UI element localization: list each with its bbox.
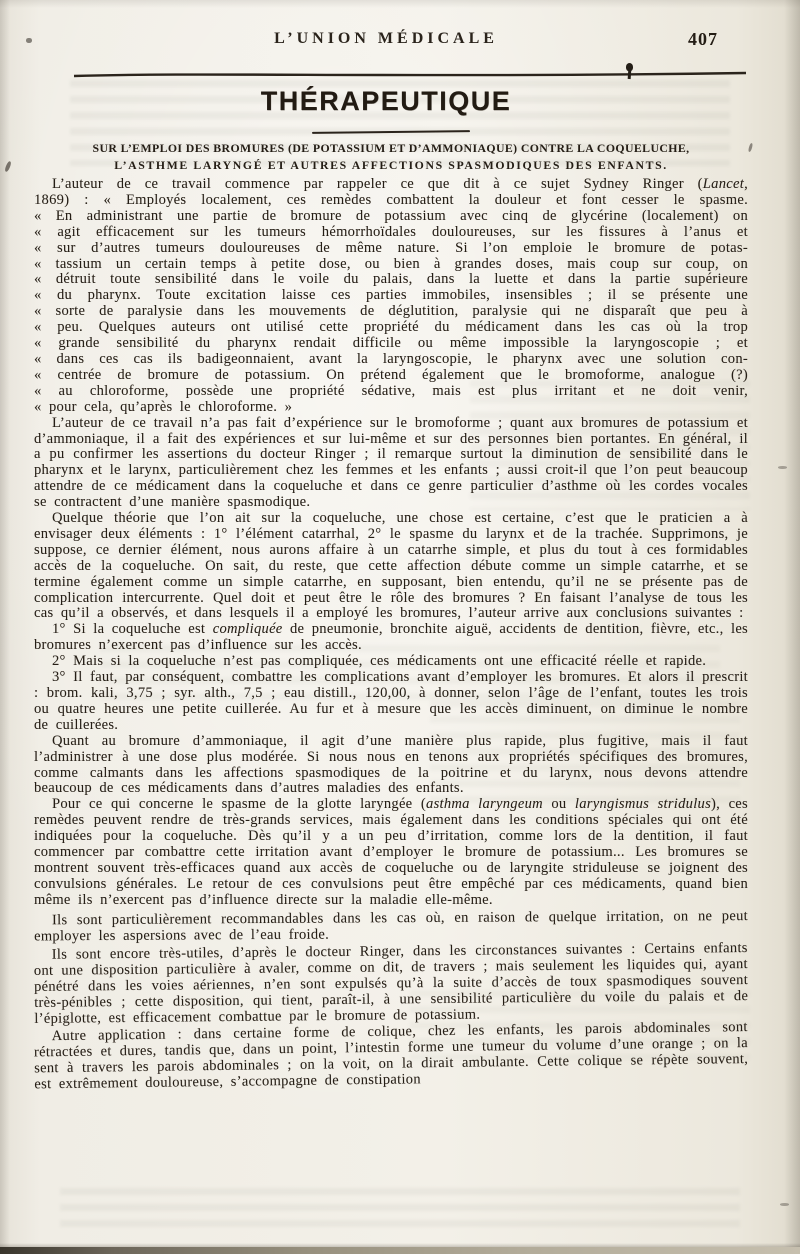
scan-edge-left xyxy=(0,0,10,1254)
italic-text: asthma laryngeum xyxy=(426,796,543,812)
quote-line: « pour cela, qu’après le chloroforme. » xyxy=(34,400,748,416)
page-number: 407 xyxy=(688,29,718,50)
quote-line: « du pharynx. Toute excitation laisse ce… xyxy=(34,288,748,304)
text-run: ), ces remèdes peuvent rendre de très-gr… xyxy=(34,796,748,907)
paragraph: L’auteur de ce travail n’a pas fait d’ex… xyxy=(34,416,748,511)
quote-line: « sorte de paralysie dans les mouvements… xyxy=(34,304,748,320)
quote-line: « grande sensibilité du pharynx rendait … xyxy=(34,336,748,352)
text-run: « au chloroforme, possède une propriété … xyxy=(34,383,748,399)
italic-text: compliquée xyxy=(213,621,283,637)
text-run: « dans ces cas ils badigeonnaient, avant… xyxy=(34,351,748,367)
text-run: Pour ce qui concerne le spasme de la glo… xyxy=(52,796,426,812)
text-run: « tassium un certain temps à petite dose… xyxy=(34,256,748,272)
scanned-journal-page: L’UNION MÉDICALE 407 THÉRAPEUTIQUE SUR L… xyxy=(0,0,800,1254)
paragraph: 2° Mais si la coqueluche n’est pas compl… xyxy=(34,654,748,670)
section-title: THÉRAPEUTIQUE xyxy=(0,86,772,117)
journal-title: L’UNION MÉDICALE xyxy=(0,30,772,48)
text-run: Ils sont encore très-utiles, d’après le … xyxy=(34,940,748,1026)
quote-line: « au chloroforme, possède une propriété … xyxy=(34,384,748,400)
text-run: « sur d’autres tumeurs douloureuses de m… xyxy=(34,240,748,256)
quote-line: « En administrant une partie de bromure … xyxy=(34,209,748,225)
paragraph: Quant au bromure d’ammoniaque, il agit d… xyxy=(34,734,748,798)
paragraph: Ils sont encore très-utiles, d’après le … xyxy=(34,941,749,1027)
text-run: , xyxy=(744,176,748,192)
ink-speck xyxy=(748,143,753,152)
text-run: L’auteur de ce travail n’a pas fait d’ex… xyxy=(34,415,748,511)
quote-line: « agit efficacement sur les tumeurs hémo… xyxy=(34,225,748,241)
quoted-passage: L’auteur de ce travail commence par rapp… xyxy=(34,177,748,416)
paragraph: 1° Si la coqueluche est compliquée de pn… xyxy=(34,622,748,654)
quote-line: « détruit toute sensibilité dans le voil… xyxy=(34,272,748,288)
paragraph: 3° Il faut, par conséquent, combattre le… xyxy=(34,670,748,734)
quote-line: « dans ces cas ils badigeonnaient, avant… xyxy=(34,352,748,368)
header-rule xyxy=(72,68,748,82)
text-run: « grande sensibilité du pharynx rendait … xyxy=(34,335,748,351)
text-run: « détruit toute sensibilité dans le voil… xyxy=(34,271,748,287)
article-title-line1: SUR L’EMPLOI DES BROMURES (DE POTASSIUM … xyxy=(34,141,748,155)
paragraph: Quelque théorie que l’on ait sur la coqu… xyxy=(34,511,748,622)
text-run: « centrée de bromure de potassium. On pr… xyxy=(34,367,748,383)
article-title-line2: L’ASTHME LARYNGÉ ET AUTRES AFFECTIONS SP… xyxy=(34,158,748,172)
header-rule-line xyxy=(72,68,748,82)
text-run: Quelque théorie que l’on ait sur la coqu… xyxy=(34,510,748,621)
quote-line: « centrée de bromure de potassium. On pr… xyxy=(34,368,748,384)
text-run: L’auteur de ce travail commence par rapp… xyxy=(52,176,703,192)
text-run: Ils sont particulièrement recommandables… xyxy=(34,908,748,944)
scan-bottom-edge xyxy=(0,1247,800,1254)
ornament-stem xyxy=(628,69,631,79)
text-run: 1869) : « Employés localement, ces remèd… xyxy=(34,192,748,208)
quote-line: « tassium un certain temps à petite dose… xyxy=(34,257,748,273)
paragraph: Ils sont particulièrement recommandables… xyxy=(34,909,748,945)
quote-line: L’auteur de ce travail commence par rapp… xyxy=(34,177,748,193)
scan-edge-right xyxy=(784,0,800,1254)
text-run: 2° Mais si la coqueluche n’est pas compl… xyxy=(52,653,706,669)
quote-line: « sur d’autres tumeurs douloureuses de m… xyxy=(34,241,748,257)
text-run: « sorte de paralysie dans les mouvements… xyxy=(34,303,748,319)
bleedthrough-artifact xyxy=(60,1188,740,1230)
text-run: 1° Si la coqueluche est xyxy=(52,621,213,637)
ink-speck xyxy=(26,38,32,43)
text-run: « du pharynx. Toute excitation laisse ce… xyxy=(34,287,748,303)
text-run: Quant au bromure d’ammoniaque, il agit d… xyxy=(34,733,748,797)
text-run: « En administrant une partie de bromure … xyxy=(34,208,748,224)
text-run: ou xyxy=(543,796,575,812)
printers-ornament-icon xyxy=(625,62,634,79)
ink-speck xyxy=(778,466,787,469)
italic-text: laryngismus stridulus xyxy=(575,796,711,812)
quote-line: « peu. Quelques auteurs ont utilisé cett… xyxy=(34,320,748,336)
article-body: L’auteur de ce travail commence par rapp… xyxy=(34,177,748,1084)
quote-line: 1869) : « Employés localement, ces remèd… xyxy=(34,193,748,209)
paragraph: Autre application : dans certaine forme … xyxy=(34,1020,749,1093)
text-run: « peu. Quelques auteurs ont utilisé cett… xyxy=(34,319,748,335)
italic-text: Lancet xyxy=(703,176,744,192)
text-run: « agit efficacement sur les tumeurs hémo… xyxy=(34,224,748,240)
text-run: 3° Il faut, par conséquent, combattre le… xyxy=(34,669,748,733)
ink-speck xyxy=(780,1203,789,1206)
text-run: Autre application : dans certaine forme … xyxy=(34,1019,748,1092)
text-run: « pour cela, qu’après le chloroforme. » xyxy=(34,399,292,415)
paragraph: Pour ce qui concerne le spasme de la glo… xyxy=(34,797,748,908)
section-title-rule xyxy=(312,130,470,134)
scan-edge-top xyxy=(0,0,800,8)
